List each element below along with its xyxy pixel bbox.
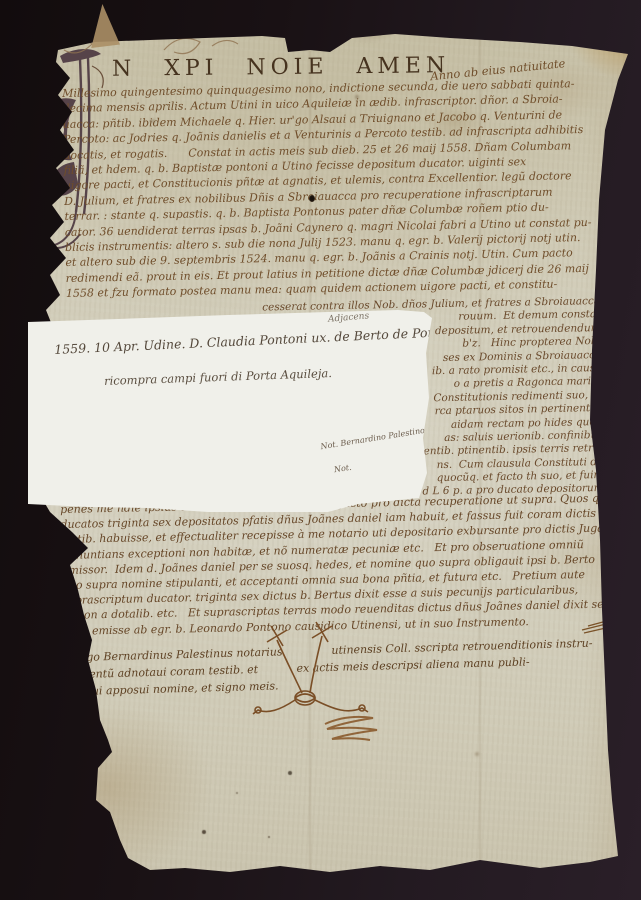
notarial-sign-icon (250, 618, 390, 748)
notary-paraph-icon (56, 646, 86, 688)
lower-text-block: penès me ndie ipsius dñæ Columbæ sub die… (60, 491, 607, 639)
parchment-specks (0, 0, 2, 2)
body-text-block: Millesimo quingentesimo quinquagesimo no… (62, 75, 614, 301)
slip-summary-line2: ricompra campi fuori di Porta Aquileja. (104, 366, 332, 388)
end-flourish-icon (580, 618, 616, 634)
archivist-slip: Adjacens 1559. 10 Apr. Udine. D. Claudia… (28, 308, 432, 514)
parchment-hole (309, 195, 315, 202)
slip-summary-line1: 1559. 10 Apr. Udine. D. Claudia Pontoni … (54, 324, 449, 357)
invocation-text: N XPI NOIE AMEN (112, 53, 450, 82)
photo-background: N XPI NOIE AMEN Anno ab eius natiuitate … (0, 0, 641, 900)
slip-notary-note: Not. Bernardino Palestino (320, 426, 426, 451)
torn-corner-flap (88, 4, 120, 48)
slip-corner-note: Adjacens (328, 311, 370, 325)
slip-notary-abbrev: Not. (333, 463, 352, 474)
